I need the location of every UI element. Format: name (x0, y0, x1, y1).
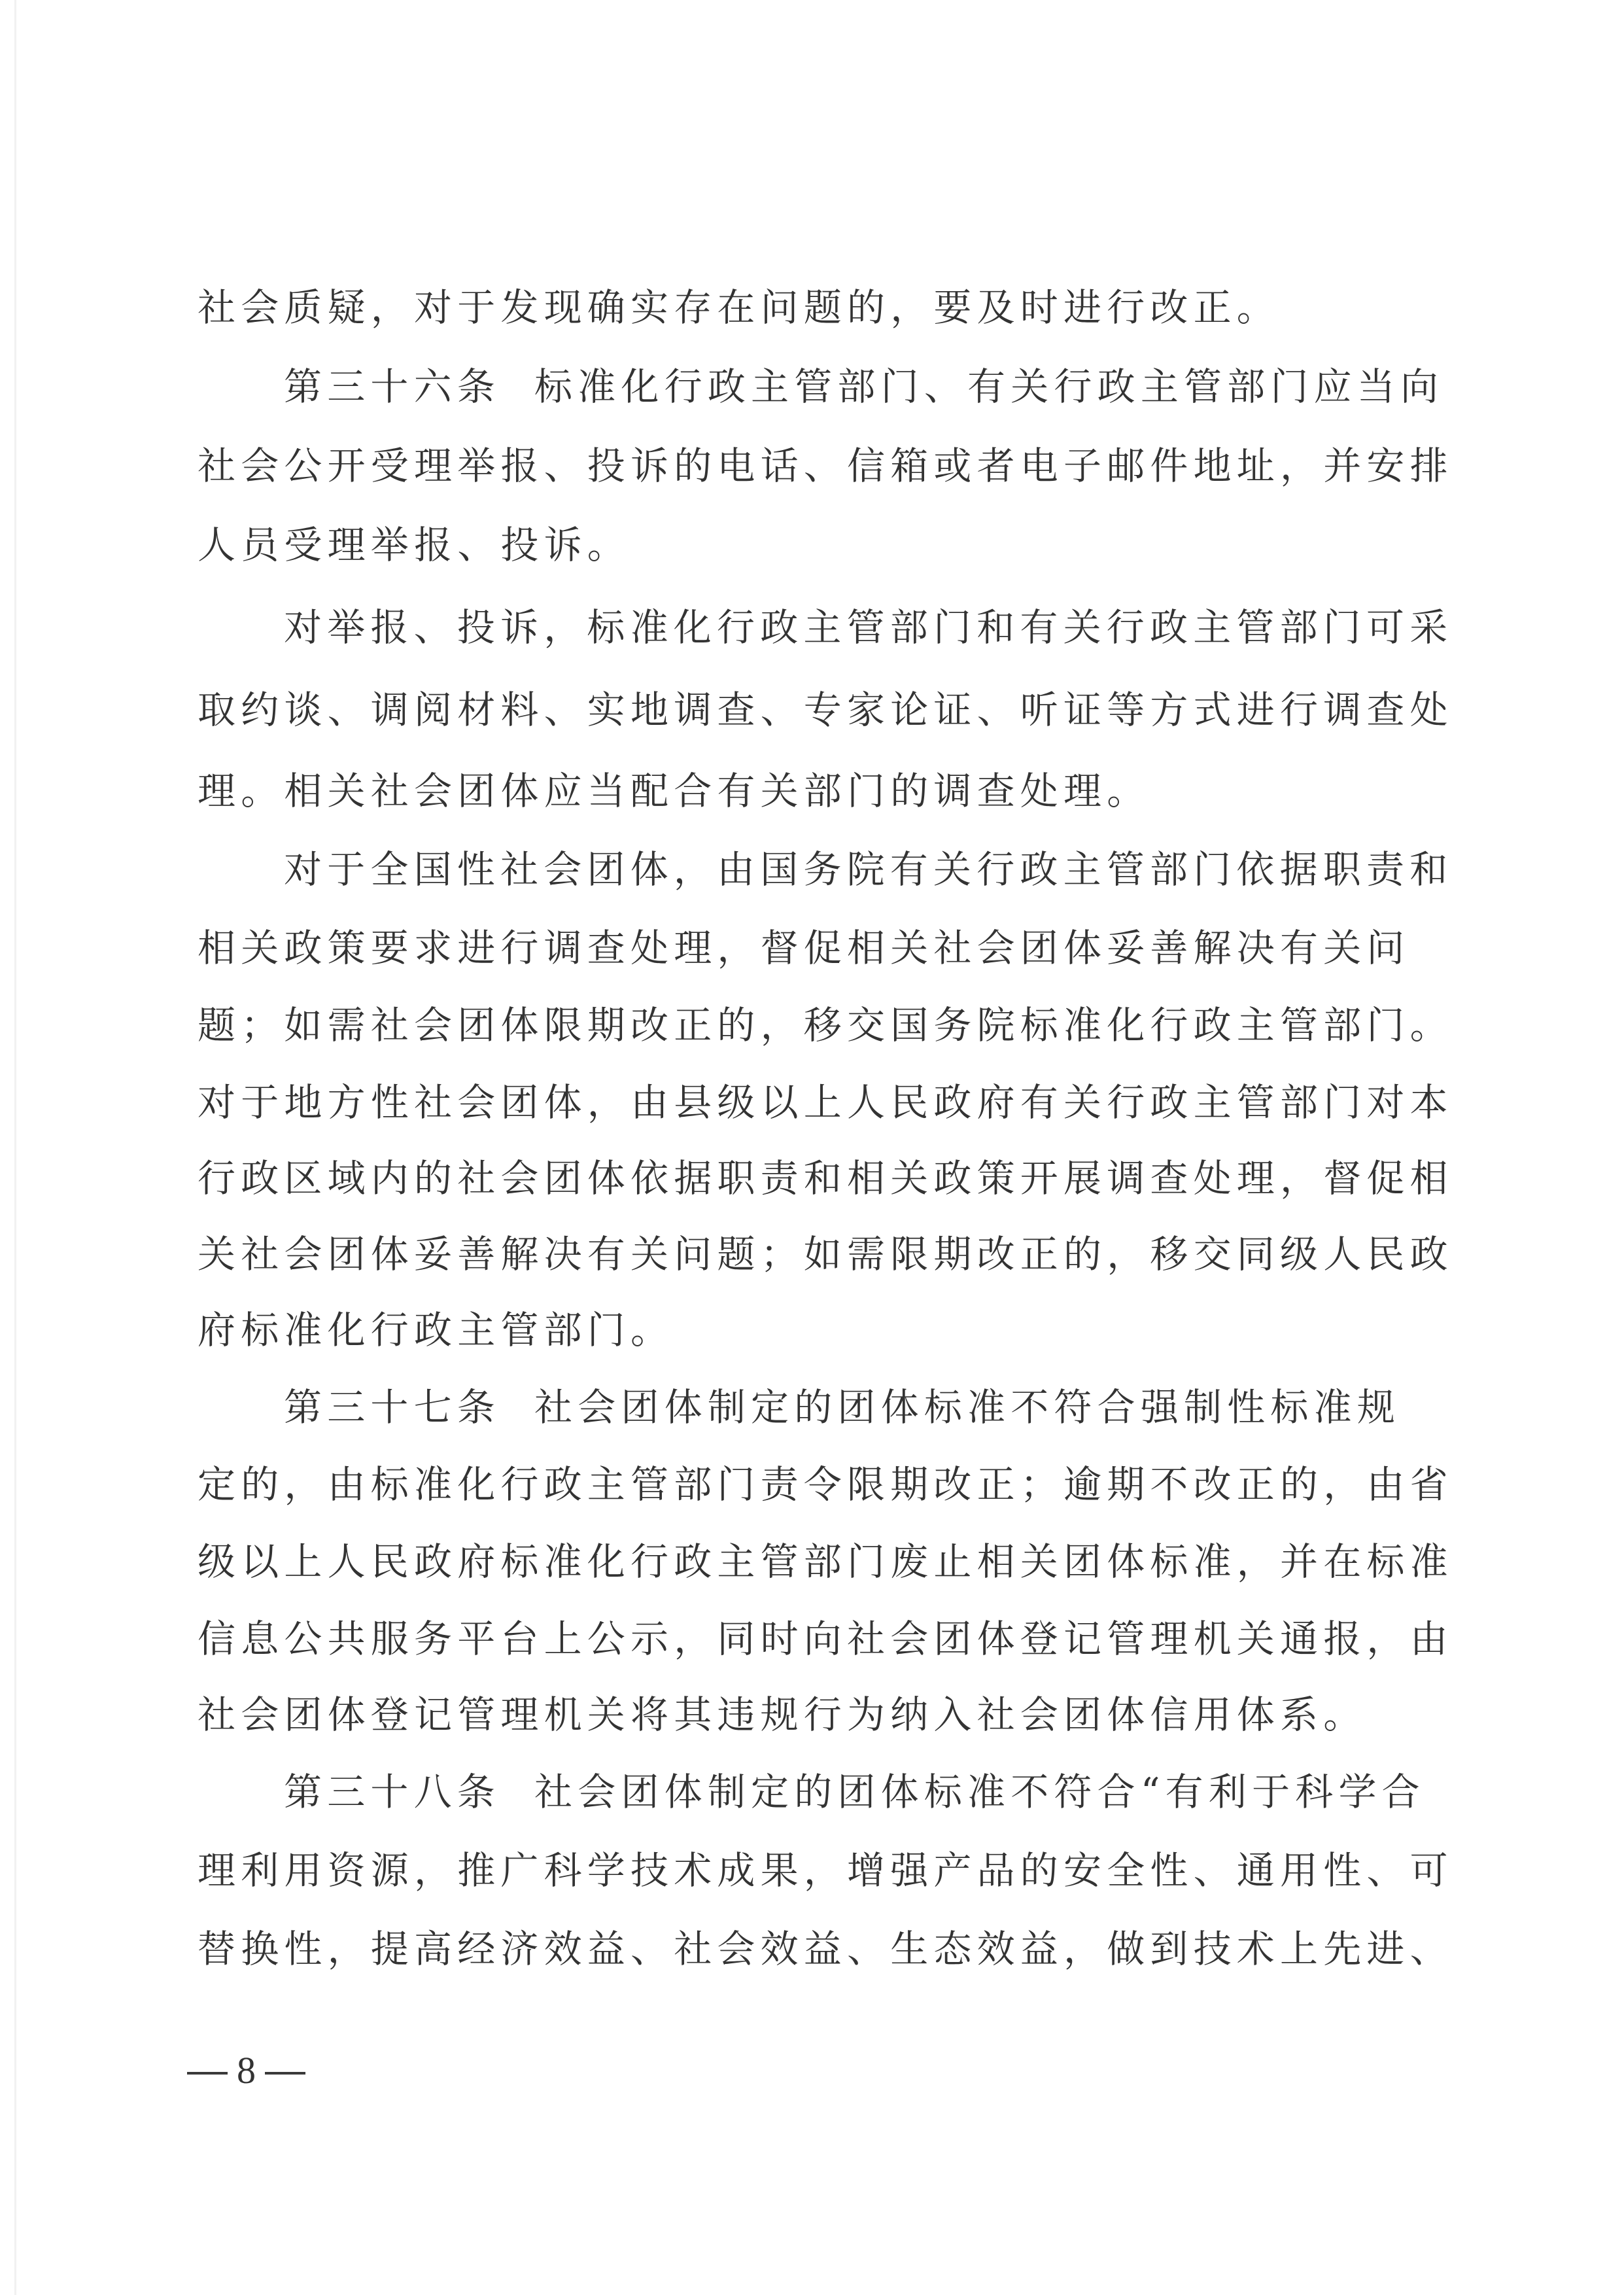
line-text: 理利用资源，推广科学技术成果，增强产品的安全性、通用性、可 (198, 1848, 1453, 1893)
page-number-value: 8 (237, 2049, 256, 2092)
dash-decoration-right (265, 2072, 305, 2075)
text-line: 相关政策要求进行调查处理，督促相关社会团体妥善解决有关问 (198, 909, 1414, 987)
text-line: 级以上人民政府标准化行政主管部门废止相关团体标准，并在标准 (198, 1523, 1414, 1600)
paragraph-first-line: 对于全国性社会团体，由国务院有关行政主管部门依据职责和 (198, 831, 1414, 908)
text-line: 社会公开受理举报、投诉的电话、信箱或者电子邮件地址，并安排 (198, 427, 1414, 504)
text-line: 对于地方性社会团体，由县级以上人民政府有关行政主管部门对本 (198, 1064, 1414, 1141)
text-line: 理。相关社会团体应当配合有关部门的调查处理。 (198, 752, 1414, 830)
line-text: 替换性，提高经济效益、社会效益、生态效益，做到技术上先进、 (198, 1927, 1453, 1971)
text-line: 取约谈、调阅材料、实地调查、专家论证、听证等方式进行调查处 (198, 671, 1414, 748)
text-line: 替换性，提高经济效益、社会效益、生态效益，做到技术上先进、 (198, 1910, 1414, 1988)
line-text: 社会团体制定的团体标准不符合“有利于科学合 (534, 1770, 1425, 1814)
line-text: 社会公开受理举报、投诉的电话、信箱或者电子邮件地址，并安排 (198, 444, 1453, 488)
article-36-first-line: 第三十六条标准化行政主管部门、有关行政主管部门应当向 (198, 348, 1414, 425)
text-line: 理利用资源，推广科学技术成果，增强产品的安全性、通用性、可 (198, 1832, 1414, 1909)
text-line: 行政区域内的社会团体依据职责和相关政策开展调查处理，督促相 (198, 1140, 1414, 1217)
line-text: 题；如需社会团体限期改正的，移交国务院标准化行政主管部门。 (198, 1003, 1453, 1047)
line-text: 行政区域内的社会团体依据职责和相关政策开展调查处理，督促相 (198, 1156, 1453, 1200)
text-line: 府标准化行政主管部门。 (198, 1291, 1414, 1369)
line-text: 信息公共服务平台上公示，同时向社会团体登记管理机关通报，由 (198, 1617, 1453, 1661)
line-text: 府标准化行政主管部门。 (198, 1308, 674, 1352)
article-number: 第三十七条 (284, 1385, 500, 1429)
line-text: 社会团体制定的团体标准不符合强制性标准规 (534, 1385, 1400, 1429)
line-text: 人员受理举报、投诉。 (198, 523, 631, 567)
line-text: 标准化行政主管部门、有关行政主管部门应当向 (534, 364, 1443, 409)
article-38-first-line: 第三十八条社会团体制定的团体标准不符合“有利于科学合 (198, 1753, 1414, 1831)
line-text: 社会质疑，对于发现确实存在问题的，要及时进行改正。 (198, 285, 1280, 330)
line-text: 关社会团体妥善解决有关问题；如需限期改正的，移交同级人民政 (198, 1232, 1453, 1276)
line-text: 社会团体登记管理机关将其违规行为纳入社会团体信用体系。 (198, 1692, 1366, 1737)
line-text: 定的，由标准化行政主管部门责令限期改正；逾期不改正的，由省 (198, 1462, 1453, 1507)
text-line: 社会团体登记管理机关将其违规行为纳入社会团体信用体系。 (198, 1676, 1414, 1753)
line-text: 级以上人民政府标准化行政主管部门废止相关团体标准，并在标准 (198, 1539, 1453, 1584)
article-number: 第三十六条 (284, 364, 500, 409)
text-line: 题；如需社会团体限期改正的，移交国务院标准化行政主管部门。 (198, 987, 1414, 1064)
paragraph-first-line: 对举报、投诉，标准化行政主管部门和有关行政主管部门可采 (198, 589, 1414, 666)
line-text: 理。相关社会团体应当配合有关部门的调查处理。 (198, 769, 1150, 813)
article-37-first-line: 第三十七条社会团体制定的团体标准不符合强制性标准规 (198, 1369, 1414, 1446)
line-text: 相关政策要求进行调查处理，督促相关社会团体妥善解决有关问 (198, 926, 1410, 970)
text-line: 信息公共服务平台上公示，同时向社会团体登记管理机关通报，由 (198, 1600, 1414, 1677)
scan-edge-artifact (14, 0, 16, 2295)
line-text: 对于地方性社会团体，由县级以上人民政府有关行政主管部门对本 (198, 1080, 1453, 1125)
text-line: 关社会团体妥善解决有关问题；如需限期改正的，移交同级人民政 (198, 1216, 1414, 1293)
article-number: 第三十八条 (284, 1770, 500, 1814)
dash-decoration-left (187, 2072, 228, 2075)
line-text: 对举报、投诉，标准化行政主管部门和有关行政主管部门可采 (284, 605, 1453, 650)
text-line: 定的，由标准化行政主管部门责令限期改正；逾期不改正的，由省 (198, 1446, 1414, 1523)
text-line: 人员受理举报、投诉。 (198, 506, 1414, 584)
line-text: 对于全国性社会团体，由国务院有关行政主管部门依据职责和 (284, 847, 1453, 892)
line-text: 取约谈、调阅材料、实地调查、专家论证、听证等方式进行调查处 (198, 688, 1453, 732)
text-line: 社会质疑，对于发现确实存在问题的，要及时进行改正。 (198, 269, 1414, 346)
page-number: 8 (178, 2044, 315, 2097)
